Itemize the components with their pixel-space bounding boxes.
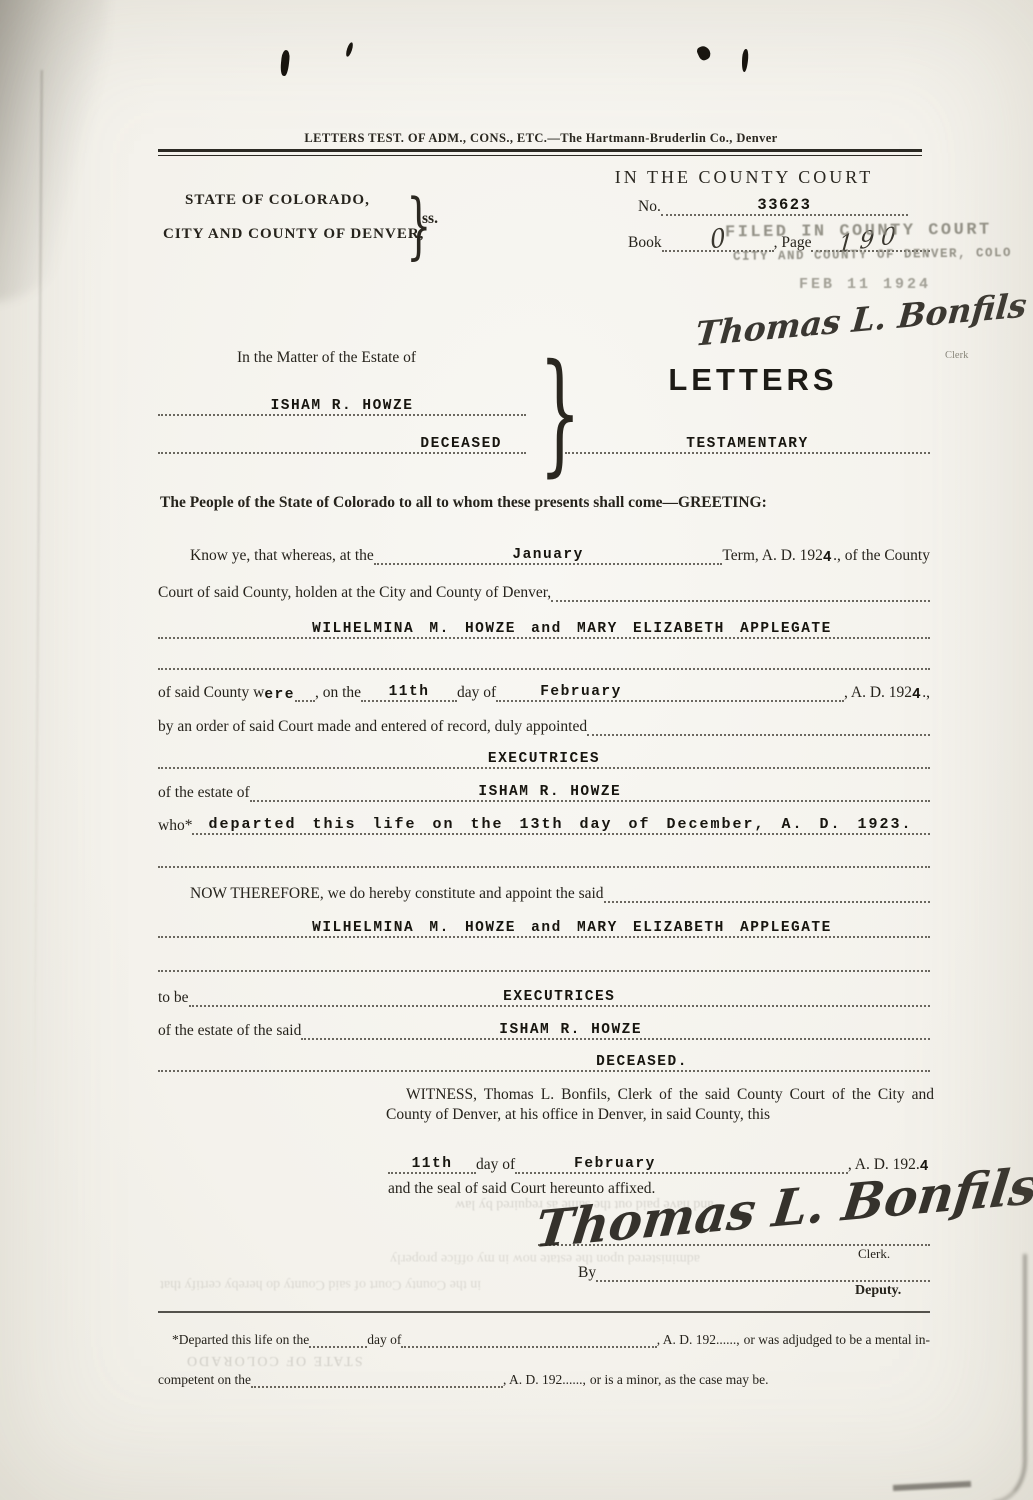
stamp-clerk-label: Clerk [945,350,968,361]
office-title: EXECUTRICES [484,752,604,767]
holden-text: Court of said County, holden at the City… [158,584,551,602]
footnote-1b: day of [367,1332,401,1348]
footnote-2b: , A. D. 192......, [503,1372,586,1388]
holden-fill [551,578,930,602]
scanned-document-page: LETTERS TEST. OF ADM., CONS., ETC.—The H… [0,0,1033,1500]
witness-date-row: 11th day of February , A. D. 192. 4 [388,1150,930,1174]
death-statement: departed this life on the 13th day of De… [204,817,916,832]
line-empty-1 [158,646,930,670]
caption-decedent-row: ISHAM R. HOWZE [158,392,526,416]
empty-fill-1 [158,646,930,670]
footnote-fill-2 [401,1328,656,1348]
executrix-names: WILHELMINA M. HOWZE and MARY ELIZABETH A… [252,622,836,637]
line-appointment-date: of said County w ere , on the 11th day o… [158,678,930,702]
deceased-final: DECEASED. [396,1055,692,1070]
estate-name-2: ISHAM R. HOWZE [495,1023,646,1038]
caption-deceased-fill: DECEASED [158,430,526,454]
office2-fill: EXECUTRICES [189,983,930,1007]
witness-day-fill: 11th [388,1150,476,1174]
footnote-1d: or was adjudged to be a mental in- [740,1332,930,1348]
by-label: By [578,1264,596,1282]
county-w: of said County w [158,684,264,702]
witness-month-fill: February [515,1150,848,1174]
names1-fill: WILHELMINA M. HOWZE and MARY ELIZABETH A… [158,615,930,639]
footnote-1c: , A. D. 192......, [657,1332,740,1348]
knowye-pre: Know ye, that whereas, at the [158,547,374,565]
by-row: By [578,1258,930,1282]
term-month-fill: January [374,541,723,565]
line-now-therefore: NOW THEREFORE, we do hereby constitute a… [158,879,930,903]
line-death: who* departed this life on the 13th day … [158,811,930,835]
line-names-2: WILHELMINA M. HOWZE and MARY ELIZABETH A… [158,914,930,938]
footnote-line-1: *Departed this life on the day of , A. D… [158,1328,930,1348]
now-fill [604,879,930,903]
line-estate-of: of the estate of ISHAM R. HOWZE [158,778,930,802]
executrix-names-2: WILHELMINA M. HOWZE and MARY ELIZABETH A… [252,921,836,936]
footnote-1a: *Departed this life on the [158,1332,309,1348]
witness-month: February [570,1157,660,1172]
footnote-fill-1 [309,1328,367,1348]
order-text: by an order of said Court made and enter… [158,718,587,736]
knowye-post: ., of the County [833,547,930,565]
footnote-2c: or is a minor, as the case may be. [586,1372,769,1388]
on-the: , on the [315,684,361,702]
document-title: LETTERS [588,362,918,398]
subtitle-fill: TESTAMENTARY [565,430,930,454]
footnote-line-2: competent on the , A. D. 192......, or i… [158,1368,930,1388]
document-subtitle-row: TESTAMENTARY [565,430,930,454]
day-fill: 11th [361,678,457,702]
document-body-2: In the Matter of the Estate of ISHAM R. … [158,0,930,1500]
names2-fill: WILHELMINA M. HOWZE and MARY ELIZABETH A… [158,914,930,938]
small-fill [295,678,315,702]
day-of-label: day of [457,684,496,702]
appoint-day: 11th [385,685,434,700]
caption-decedent-fill: ISHAM R. HOWZE [158,392,526,416]
estate-name: ISHAM R. HOWZE [474,785,625,800]
now-therefore-text: NOW THEREFORE, we do hereby constitute a… [158,885,604,903]
line-knowye: Know ye, that whereas, at the January Te… [158,541,930,565]
scan-edge-bottom-right [993,1254,1027,1500]
order-fill [587,712,930,736]
office-title-2: EXECUTRICES [499,990,619,1005]
footnote-fill-3 [251,1368,503,1388]
to-be-label: to be [158,989,189,1007]
estate-of-label: of the estate of [158,784,250,802]
line-to-be: to be EXECUTRICES [158,983,930,1007]
deceased-final-fill: DECEASED. [158,1048,930,1072]
appoint-month: February [536,685,626,700]
witness-paragraph: WITNESS, Thomas L. Bonfils, Clerk of the… [386,1085,934,1126]
footnote-2a: competent on the [158,1372,251,1388]
witness-day: 11th [408,1157,457,1172]
empty-fill-2 [158,844,930,868]
ad-192: , A. D. 192 [844,684,912,702]
estate-name2-fill: ISHAM R. HOWZE [301,1016,930,1040]
caption-brace: } [539,336,581,490]
deputy-label: Deputy. [855,1283,901,1299]
line-empty-3 [158,948,930,972]
scan-corner-smudge [0,0,108,302]
term-month: January [508,548,587,563]
who-label: who* [158,817,192,835]
line-names-1: WILHELMINA M. HOWZE and MARY ELIZABETH A… [158,615,930,639]
by-fill [596,1258,930,1282]
line-order: by an order of said Court made and enter… [158,712,930,736]
ad-tail: ., [922,684,930,702]
estate-of-said-label: of the estate of the said [158,1022,301,1040]
office-fill: EXECUTRICES [158,745,930,769]
greeting-line: The People of the State of Colorado to a… [160,494,767,512]
term-year-suffix: 4 [823,551,833,566]
footnote-divider [158,1311,930,1313]
knowye-mid: Term, A. D. 192 [722,547,823,565]
month-fill: February [496,678,844,702]
line-estate-of-said: of the estate of the said ISHAM R. HOWZE [158,1016,930,1040]
deceased-word: DECEASED [416,437,506,452]
estate-name-fill: ISHAM R. HOWZE [250,778,930,802]
witness-day-of: day of [476,1156,515,1174]
subtitle-testamentary: TESTAMENTARY [682,437,812,452]
line-office-title: EXECUTRICES [158,745,930,769]
death-fill: departed this life on the 13th day of De… [192,811,930,835]
appoint-year-suffix: 4 [912,688,922,703]
line-deceased-final: DECEASED. [158,1048,930,1072]
county-ere: ere [264,688,295,703]
caption-intro: In the Matter of the Estate of [237,349,416,367]
line-empty-2 [158,844,930,868]
line-holden: Court of said County, holden at the City… [158,578,930,602]
caption-deceased-row: DECEASED [158,430,526,454]
decedent-name: ISHAM R. HOWZE [267,399,418,414]
empty-fill-3 [158,948,930,972]
